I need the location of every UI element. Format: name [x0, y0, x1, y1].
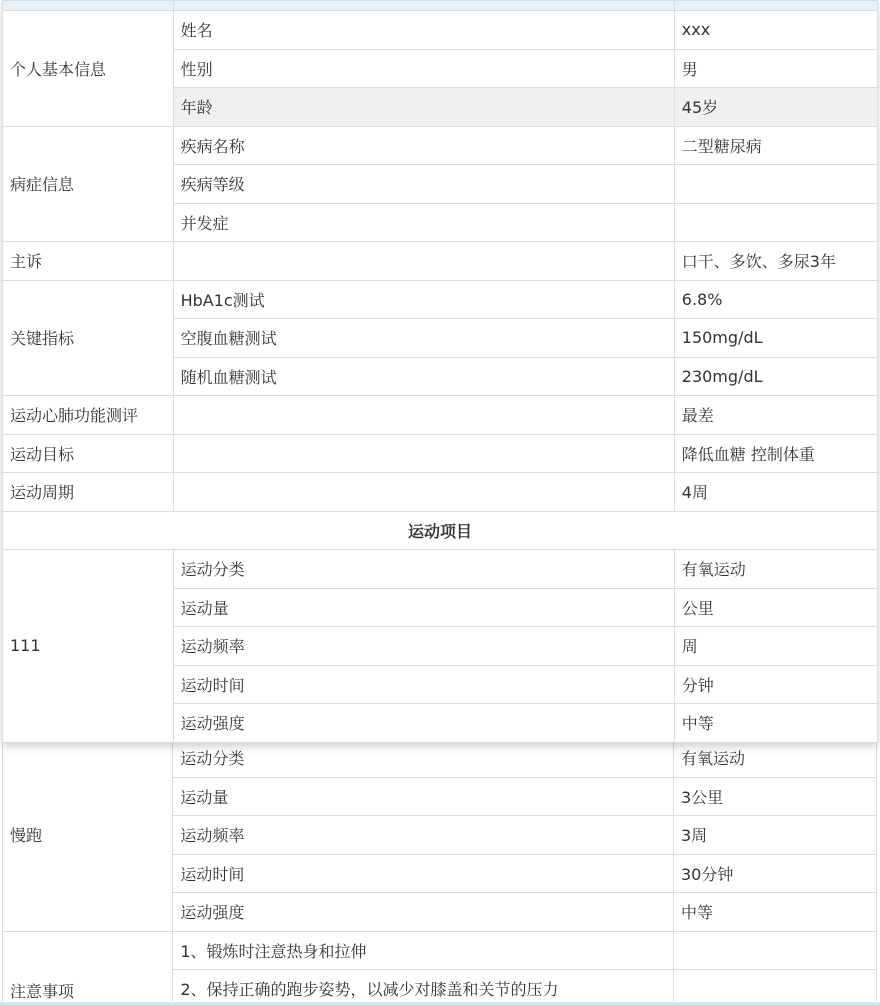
field-value: 公里: [674, 588, 877, 627]
table-header: [3, 1, 878, 11]
field-value: 口干、多饮、多尿3年: [674, 242, 877, 281]
field-value: xxx: [674, 11, 877, 50]
section-title: 运动项目: [3, 511, 878, 550]
field-label: HbA1c测试: [173, 280, 674, 319]
field-value: 3周: [674, 816, 877, 855]
field-value: 45岁: [674, 88, 877, 127]
field-label: 运动分类: [173, 550, 674, 589]
field-label: 运动时间: [173, 854, 674, 893]
note-item: 2、保持正确的跑步姿势，以减少对膝盖和关节的压力: [173, 970, 674, 1005]
table-row: 个人基本信息姓名xxx: [3, 11, 878, 50]
field-label: 运动频率: [173, 627, 674, 666]
field-value: 有氧运动: [674, 739, 877, 778]
notes-label: 注意事项: [3, 931, 173, 1005]
field-value: [674, 203, 877, 242]
field-label: 空腹血糖测试: [173, 319, 674, 358]
field-value: 3公里: [674, 777, 877, 816]
field-value: 150mg/dL: [674, 319, 877, 358]
field-value: 分钟: [674, 665, 877, 704]
field-label: 性别: [173, 49, 674, 88]
exercise-plan-table: 慢跑运动分类有氧运动 运动量3公里 运动频率3周 运动时间30分钟 运动强度中等…: [2, 738, 877, 1005]
field-value: 降低血糖 控制体重: [674, 434, 877, 473]
field-value: 230mg/dL: [674, 357, 877, 396]
table-row: 主诉口干、多饮、多尿3年: [3, 242, 878, 281]
field-value: 6.8%: [674, 280, 877, 319]
group-label: 关键指标: [3, 280, 174, 396]
field-value: 二型糖尿病: [674, 126, 877, 165]
field-label: 运动量: [173, 588, 674, 627]
group-label: 运动周期: [3, 473, 174, 512]
field-value: 有氧运动: [674, 550, 877, 589]
field-value: 中等: [674, 893, 877, 932]
table-row: 111运动分类有氧运动: [3, 550, 878, 589]
field-label: 运动分类: [173, 739, 674, 778]
field-label: 运动频率: [173, 816, 674, 855]
note-item: 1、锻炼时注意热身和拉伸: [173, 931, 674, 970]
table-row: 病症信息疾病名称二型糖尿病: [3, 126, 878, 165]
group-label: 病症信息: [3, 126, 174, 242]
field-value: 男: [674, 49, 877, 88]
table-row: 运动周期4周: [3, 473, 878, 512]
section-header: 运动项目: [3, 511, 878, 550]
field-label: 姓名: [173, 11, 674, 50]
group-label: 个人基本信息: [3, 11, 174, 127]
field-label: 运动时间: [173, 665, 674, 704]
field-value: 4周: [674, 473, 877, 512]
field-label: 疾病等级: [173, 165, 674, 204]
table-row: 注意事项1、锻炼时注意热身和拉伸: [3, 931, 877, 970]
field-label: 运动强度: [173, 893, 674, 932]
field-label: 年龄: [173, 88, 674, 127]
floating-table: 个人基本信息姓名xxx 性别男 年龄45岁 病症信息疾病名称二型糖尿病 疾病等级…: [2, 0, 878, 743]
field-label: 并发症: [173, 203, 674, 242]
table-row: 关键指标HbA1c测试6.8%: [3, 280, 878, 319]
field-label: 运动量: [173, 777, 674, 816]
group-label: 运动目标: [3, 434, 174, 473]
field-value: [674, 165, 877, 204]
field-label: 运动强度: [173, 704, 674, 743]
exercise-name: 111: [3, 550, 174, 743]
group-label: 运动心肺功能测评: [3, 396, 174, 435]
exercise-name: 慢跑: [3, 739, 173, 932]
field-label: 疾病名称: [173, 126, 674, 165]
field-value: 中等: [674, 704, 877, 743]
field-value: 周: [674, 627, 877, 666]
field-value: 最差: [674, 396, 877, 435]
table-row: 慢跑运动分类有氧运动: [3, 739, 877, 778]
field-label: 随机血糖测试: [173, 357, 674, 396]
table-row: 运动心肺功能测评最差: [3, 396, 878, 435]
field-value: 30分钟: [674, 854, 877, 893]
table-row: 运动目标降低血糖 控制体重: [3, 434, 878, 473]
group-label: 主诉: [3, 242, 174, 281]
